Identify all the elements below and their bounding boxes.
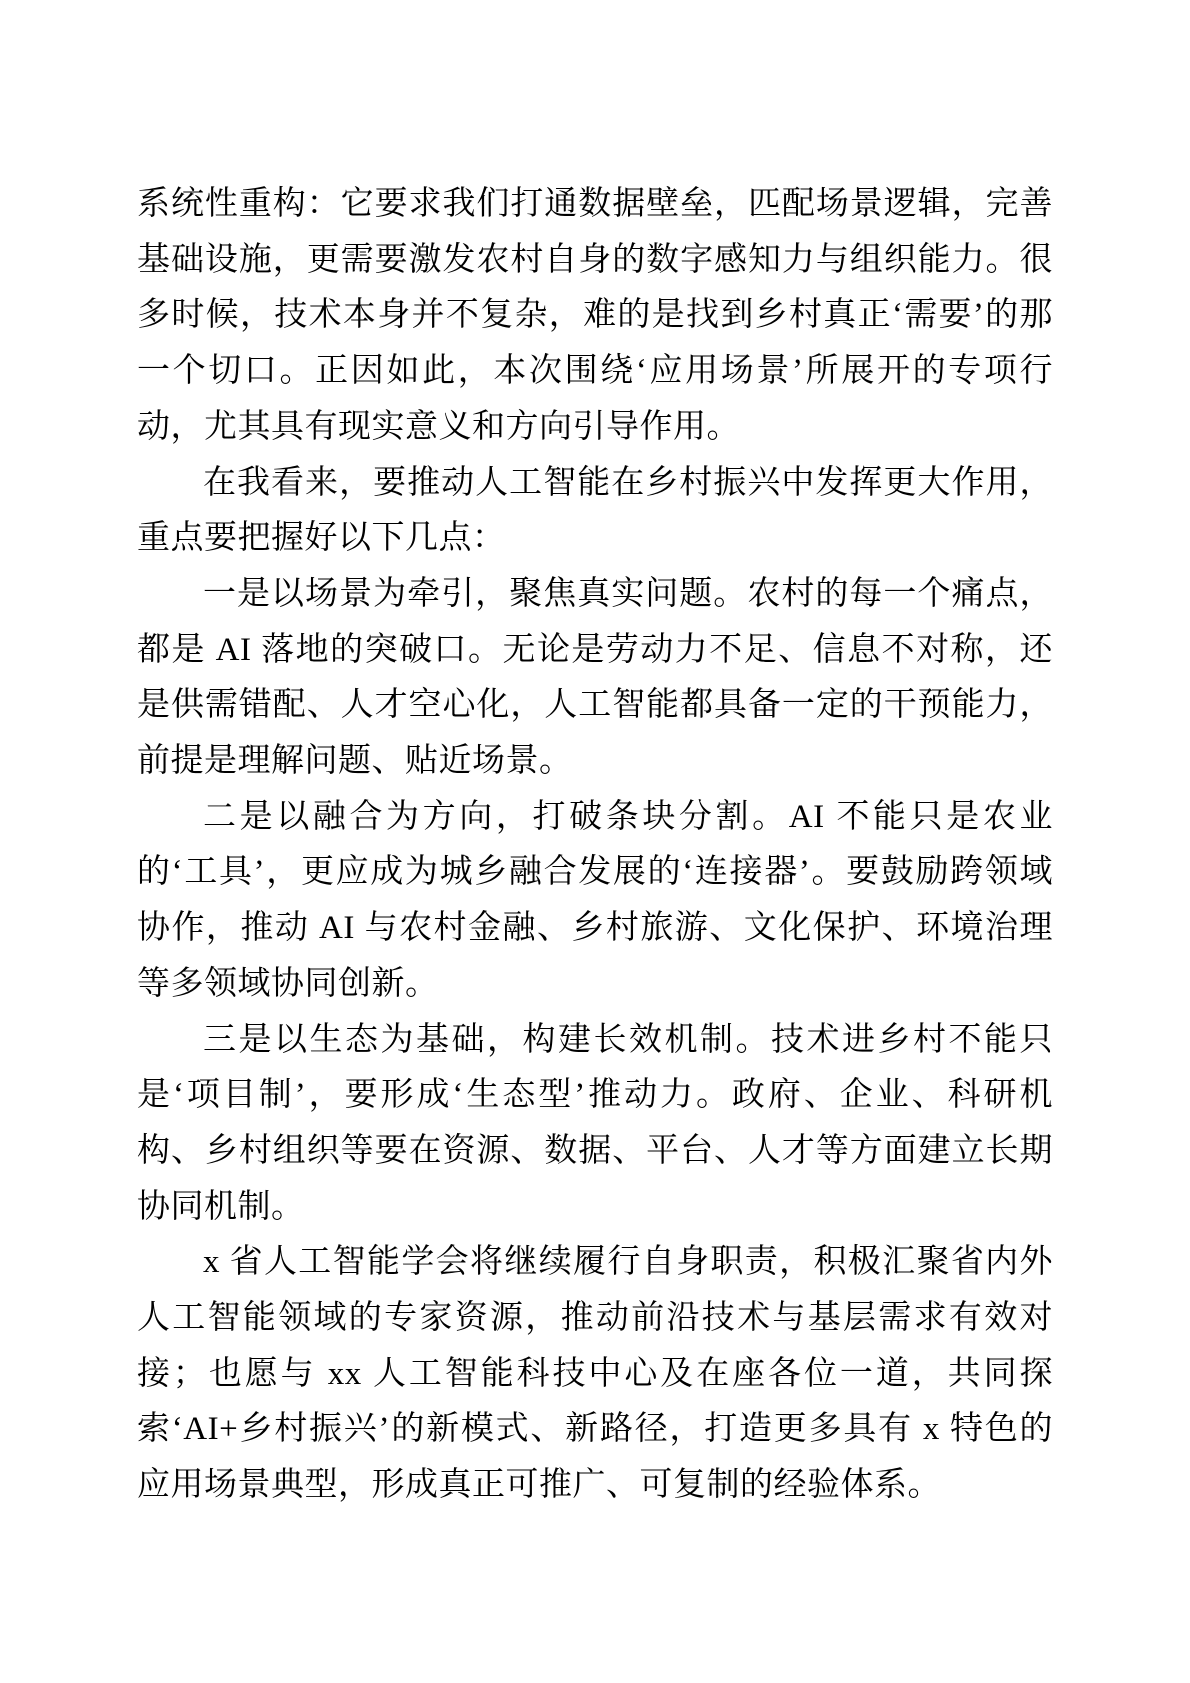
document-page: 系统性重构：它要求我们打通数据壁垒，匹配场景逻辑，完善基础设施，更需要激发农村自…: [0, 0, 1190, 1683]
paragraph-key-points-intro: 在我看来，要推动人工智能在乡村振兴中发挥更大作用，重点要把握好以下几点：: [137, 456, 1053, 567]
paragraph-systemic-restructure: 系统性重构：它要求我们打通数据壁垒，匹配场景逻辑，完善基础设施，更需要激发农村自…: [137, 177, 1053, 456]
paragraph-closing-commitment: x 省人工智能学会将继续履行自身职责，积极汇聚省内外人工智能领域的专家资源，推动…: [137, 1235, 1053, 1514]
paragraph-point-two-integration: 二是以融合为方向，打破条块分割。AI 不能只是农业的‘工具’，更应成为城乡融合发…: [137, 790, 1053, 1013]
paragraph-point-three-ecosystem: 三是以生态为基础，构建长效机制。技术进乡村不能只是‘项目制’，要形成‘生态型’推…: [137, 1013, 1053, 1236]
document-body: 系统性重构：它要求我们打通数据壁垒，匹配场景逻辑，完善基础设施，更需要激发农村自…: [137, 177, 1053, 1514]
paragraph-point-one-scenarios: 一是以场景为牵引，聚焦真实问题。农村的每一个痛点，都是 AI 落地的突破口。无论…: [137, 567, 1053, 790]
